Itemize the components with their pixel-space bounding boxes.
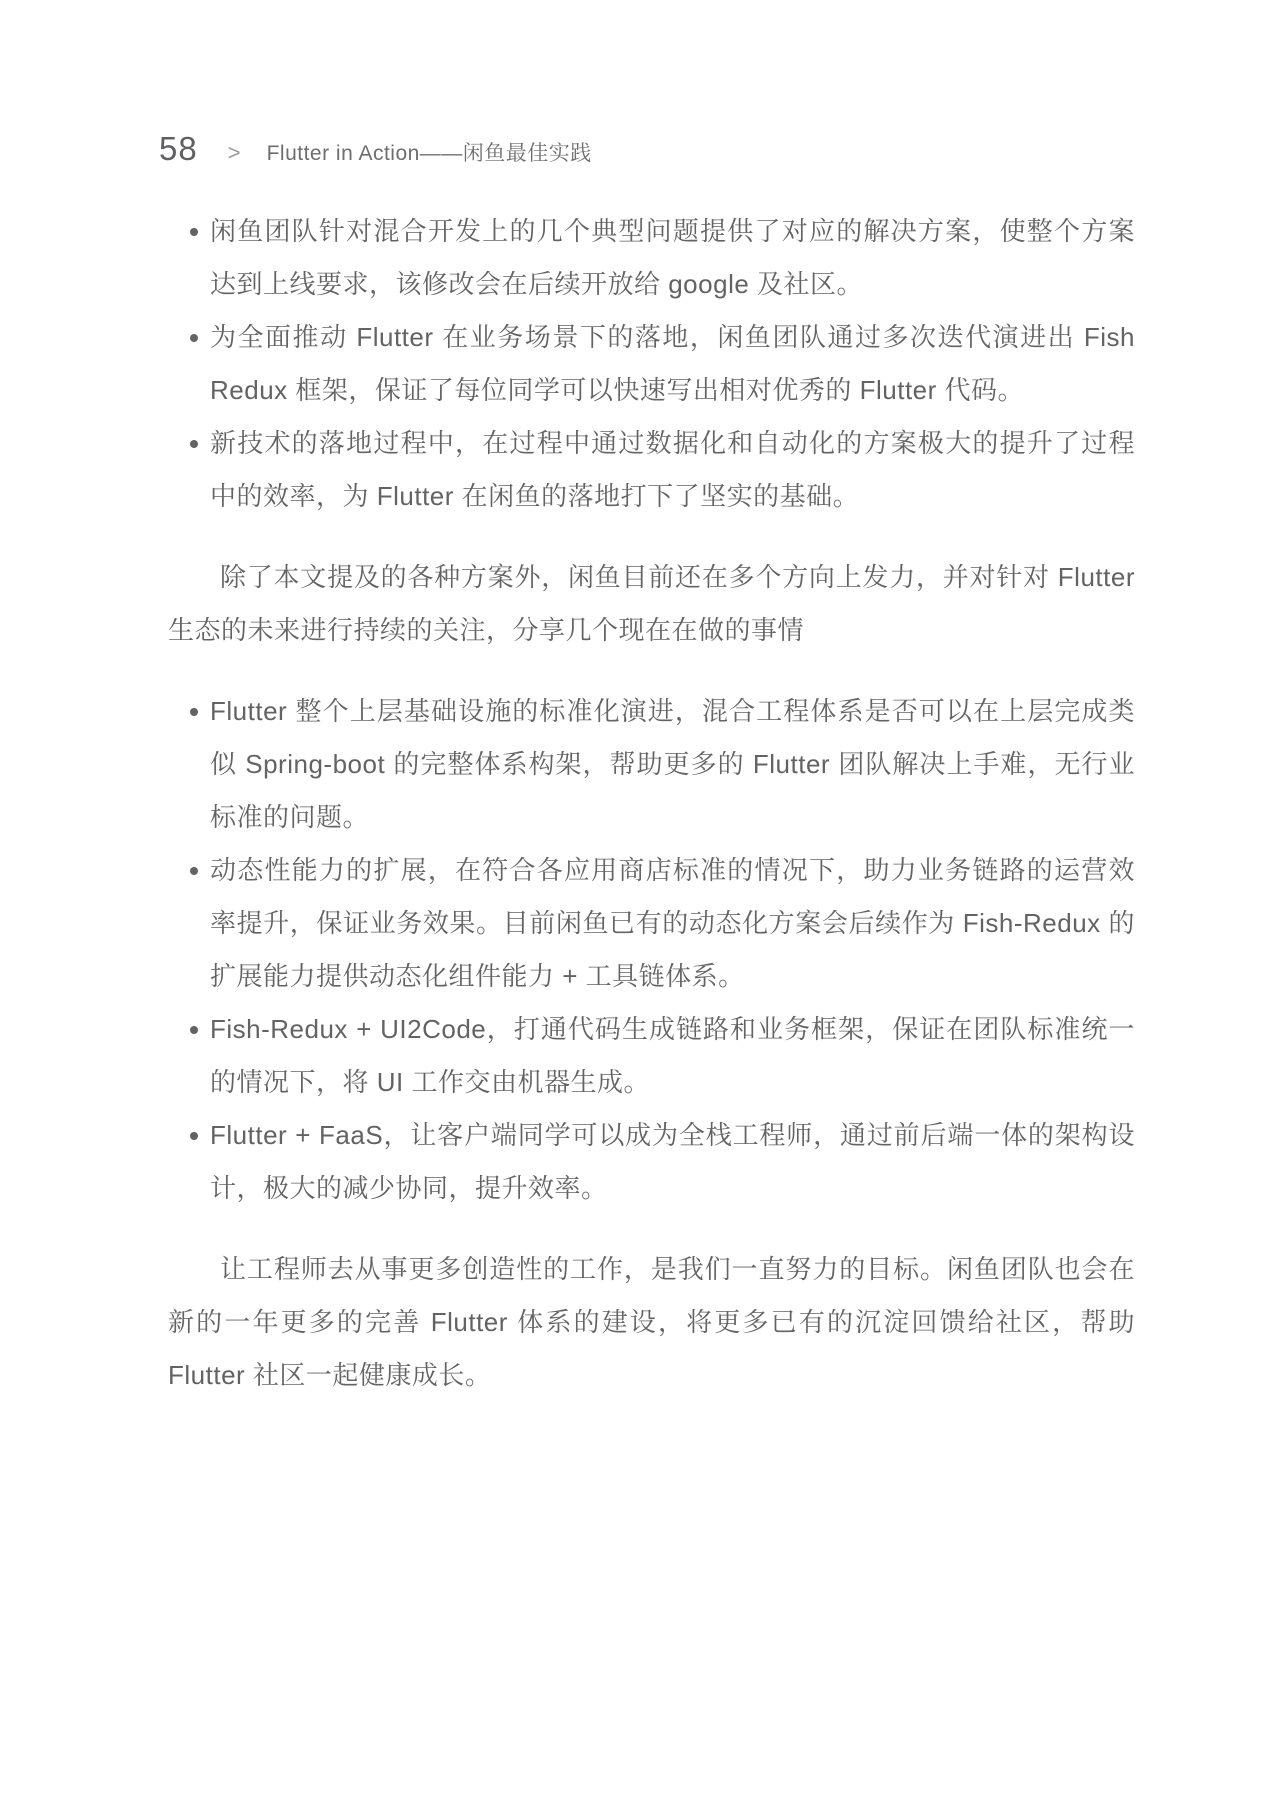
page-number: 58 [159, 130, 198, 168]
list-item: 新技术的落地过程中，在过程中通过数据化和自动化的方案极大的提升了过程中的效率，为… [168, 417, 1135, 523]
running-head: 58 > Flutter in Action——闲鱼最佳实践 [159, 130, 592, 168]
list-item: Flutter 整个上层基础设施的标准化演进，混合工程体系是否可以在上层完成类似… [168, 685, 1135, 844]
book-page: 58 > Flutter in Action——闲鱼最佳实践 闲鱼团队针对混合开… [0, 0, 1275, 1800]
paragraph-closing: 让工程师去从事更多创造性的工作，是我们一直努力的目标。闲鱼团队也会在新的一年更多… [168, 1243, 1135, 1402]
bullet-list-future-directions: Flutter 整个上层基础设施的标准化演进，混合工程体系是否可以在上层完成类似… [168, 685, 1135, 1215]
list-item: Fish-Redux + UI2Code，打通代码生成链路和业务框架，保证在团队… [168, 1003, 1135, 1109]
chevron-separator: > [228, 140, 241, 166]
page-content: 闲鱼团队针对混合开发上的几个典型问题提供了对应的解决方案，使整个方案达到上线要求… [168, 205, 1135, 1430]
bullet-list-solutions: 闲鱼团队针对混合开发上的几个典型问题提供了对应的解决方案，使整个方案达到上线要求… [168, 205, 1135, 523]
list-item: 闲鱼团队针对混合开发上的几个典型问题提供了对应的解决方案，使整个方案达到上线要求… [168, 205, 1135, 311]
list-item: Flutter + FaaS，让客户端同学可以成为全栈工程师，通过前后端一体的架… [168, 1109, 1135, 1215]
list-item: 为全面推动 Flutter 在业务场景下的落地，闲鱼团队通过多次迭代演进出 Fi… [168, 311, 1135, 417]
list-item: 动态性能力的扩展，在符合各应用商店标准的情况下，助力业务链路的运营效率提升，保证… [168, 844, 1135, 1003]
book-title: Flutter in Action——闲鱼最佳实践 [267, 137, 592, 167]
paragraph-intro-future: 除了本文提及的各种方案外，闲鱼目前还在多个方向上发力，并对针对 Flutter … [168, 551, 1135, 657]
